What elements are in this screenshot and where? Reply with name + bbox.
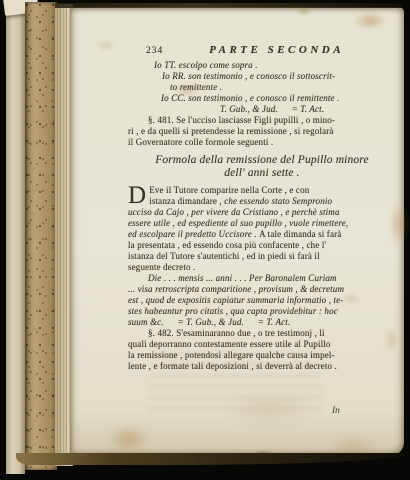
running-title: PARTE SECONDA <box>163 45 390 56</box>
book-scan: 234 PARTE SECONDA Io TT. escolpo come so… <box>0 0 410 480</box>
formula-heading: Formola della remissione del Pupillo min… <box>128 154 396 180</box>
text-block: 234 PARTE SECONDA Io TT. escolpo come so… <box>128 45 396 372</box>
attestation-lines: Io TT. escolpo come sopra .Io RR. son te… <box>128 60 396 115</box>
decree-paragraph: Die . . . mensis ... anni . . . Per Baro… <box>128 273 396 328</box>
page-number: 234 <box>146 46 163 57</box>
foxing-stain <box>96 40 116 51</box>
foxing-stain <box>353 12 387 30</box>
foxing-stain <box>296 7 312 16</box>
page-block-fore-edge <box>25 2 57 470</box>
book-page: 234 PARTE SECONDA Io TT. escolpo come so… <box>70 7 404 456</box>
foxing-stain <box>106 425 152 453</box>
tutor-paragraph: D Eve il Tutore comparire nella Corte , … <box>128 185 396 273</box>
book-bottom-edge <box>16 453 404 465</box>
section-481: §. 481. Se l'ucciso lasciasse Figli pupi… <box>128 115 396 148</box>
page-header: 234 PARTE SECONDA <box>128 45 396 58</box>
drop-cap: D <box>128 185 149 206</box>
vellum-cover-edge <box>6 0 25 474</box>
catchword: In <box>332 406 340 416</box>
page-top-edge-shadow <box>55 3 402 8</box>
foxing-stain <box>220 391 320 425</box>
section-482: §. 482. S'esaminaranno due , o tre testi… <box>128 328 396 372</box>
